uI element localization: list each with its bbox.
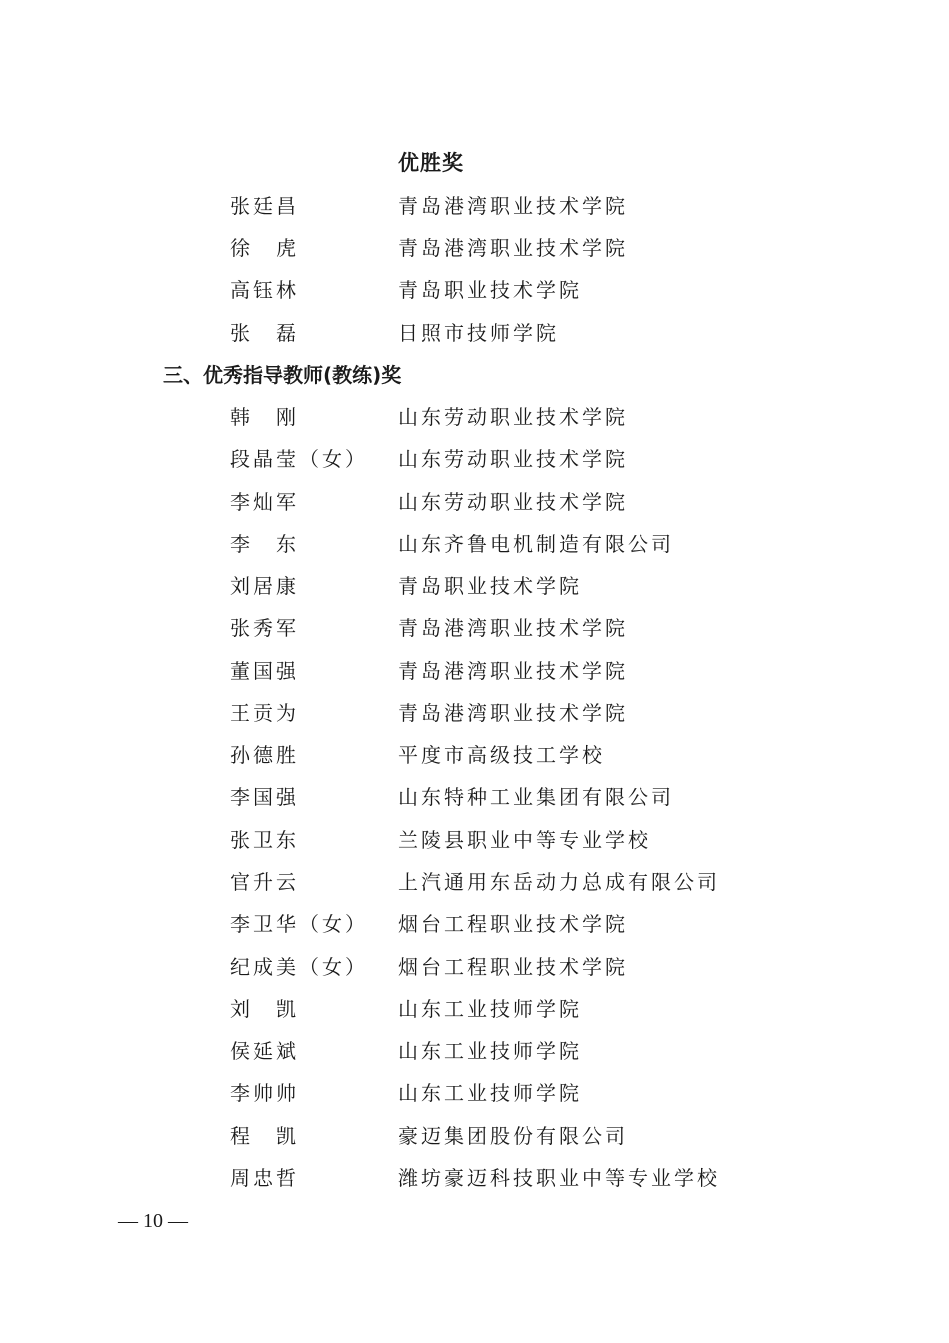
list-item: 李灿军 山东劳动职业技术学院 <box>0 486 949 516</box>
organization: 兰陵县职业中等专业学校 <box>398 824 651 853</box>
organization: 山东劳动职业技术学院 <box>398 443 628 472</box>
section-heading: 三、优秀指导教师(教练)奖 <box>163 359 401 388</box>
person-name: 程 凯 <box>230 1120 299 1149</box>
person-name: 张卫东 <box>230 824 299 853</box>
organization: 平度市高级技工学校 <box>398 739 605 768</box>
person-name: 刘 凯 <box>230 993 299 1022</box>
list-item: 韩 刚 山东劳动职业技术学院 <box>0 401 949 431</box>
list-item: 纪成美（女） 烟台工程职业技术学院 <box>0 951 949 981</box>
organization: 上汽通用东岳动力总成有限公司 <box>398 866 720 895</box>
person-name: 张秀军 <box>230 612 299 641</box>
list-item: 官升云 上汽通用东岳动力总成有限公司 <box>0 866 949 896</box>
person-name: 李 东 <box>230 528 299 557</box>
organization: 青岛职业技术学院 <box>398 274 582 303</box>
list-item: 徐 虎 青岛港湾职业技术学院 <box>0 232 949 262</box>
organization: 烟台工程职业技术学院 <box>398 951 628 980</box>
organization: 豪迈集团股份有限公司 <box>398 1120 628 1149</box>
person-name: 孙德胜 <box>230 739 299 768</box>
list-item: 侯延斌 山东工业技师学院 <box>0 1035 949 1065</box>
person-name: 张廷昌 <box>230 190 299 219</box>
organization: 山东劳动职业技术学院 <box>398 486 628 515</box>
person-name: 侯延斌 <box>230 1035 299 1064</box>
person-name: 段晶莹（女） <box>230 443 368 472</box>
organization: 青岛港湾职业技术学院 <box>398 697 628 726</box>
list-item: 董国强 青岛港湾职业技术学院 <box>0 655 949 685</box>
list-item: 张卫东 兰陵县职业中等专业学校 <box>0 824 949 854</box>
organization: 山东工业技师学院 <box>398 1077 582 1106</box>
organization: 烟台工程职业技术学院 <box>398 908 628 937</box>
list-item: 张廷昌 青岛港湾职业技术学院 <box>0 190 949 220</box>
organization: 青岛港湾职业技术学院 <box>398 190 628 219</box>
person-name: 纪成美（女） <box>230 951 368 980</box>
person-name: 高钰林 <box>230 274 299 303</box>
person-name: 李灿军 <box>230 486 299 515</box>
list-item: 张秀军 青岛港湾职业技术学院 <box>0 612 949 642</box>
list-item: 李卫华（女） 烟台工程职业技术学院 <box>0 908 949 938</box>
document-page: 优胜奖 张廷昌 青岛港湾职业技术学院 徐 虎 青岛港湾职业技术学院 高钰林 青岛… <box>0 0 949 1343</box>
person-name: 徐 虎 <box>230 232 299 261</box>
person-name: 韩 刚 <box>230 401 299 430</box>
organization: 青岛港湾职业技术学院 <box>398 655 628 684</box>
list-item: 王贡为 青岛港湾职业技术学院 <box>0 697 949 727</box>
list-item: 刘居康 青岛职业技术学院 <box>0 570 949 600</box>
organization: 青岛港湾职业技术学院 <box>398 612 628 641</box>
organization: 山东特种工业集团有限公司 <box>398 781 674 810</box>
list-item: 周忠哲 潍坊豪迈科技职业中等专业学校 <box>0 1162 949 1192</box>
page-number: — 10 — <box>118 1210 188 1233</box>
organization: 潍坊豪迈科技职业中等专业学校 <box>398 1162 720 1191</box>
person-name: 董国强 <box>230 655 299 684</box>
award-subheading: 优胜奖 <box>398 147 464 177</box>
list-item: 张 磊 日照市技师学院 <box>0 317 949 347</box>
organization: 山东劳动职业技术学院 <box>398 401 628 430</box>
person-name: 李国强 <box>230 781 299 810</box>
organization: 青岛职业技术学院 <box>398 570 582 599</box>
person-name: 周忠哲 <box>230 1162 299 1191</box>
list-item: 李 东 山东齐鲁电机制造有限公司 <box>0 528 949 558</box>
organization: 山东齐鲁电机制造有限公司 <box>398 528 674 557</box>
organization: 青岛港湾职业技术学院 <box>398 232 628 261</box>
organization: 山东工业技师学院 <box>398 1035 582 1064</box>
list-item: 李国强 山东特种工业集团有限公司 <box>0 781 949 811</box>
person-name: 刘居康 <box>230 570 299 599</box>
list-item: 段晶莹（女） 山东劳动职业技术学院 <box>0 443 949 473</box>
list-item: 李帅帅 山东工业技师学院 <box>0 1077 949 1107</box>
person-name: 李帅帅 <box>230 1077 299 1106</box>
person-name: 官升云 <box>230 866 299 895</box>
organization: 山东工业技师学院 <box>398 993 582 1022</box>
list-item: 刘 凯 山东工业技师学院 <box>0 993 949 1023</box>
organization: 日照市技师学院 <box>398 317 559 346</box>
person-name: 张 磊 <box>230 317 299 346</box>
person-name: 王贡为 <box>230 697 299 726</box>
list-item: 孙德胜 平度市高级技工学校 <box>0 739 949 769</box>
list-item: 程 凯 豪迈集团股份有限公司 <box>0 1120 949 1150</box>
list-item: 高钰林 青岛职业技术学院 <box>0 274 949 304</box>
person-name: 李卫华（女） <box>230 908 368 937</box>
